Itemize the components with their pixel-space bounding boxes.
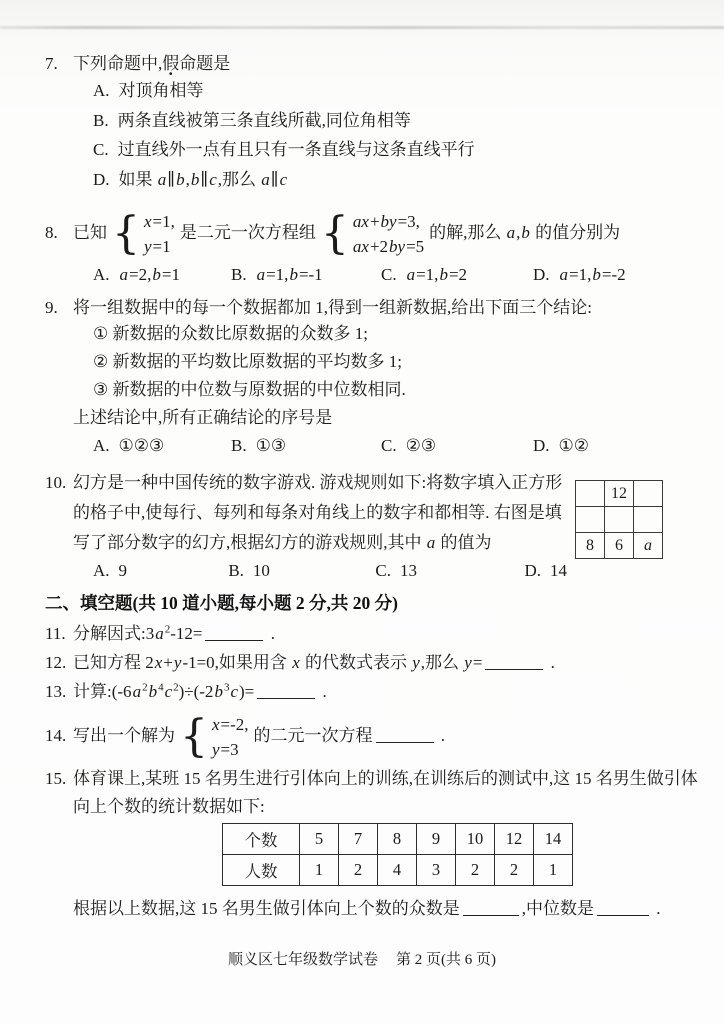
question-11: 11. 分解因式:3a2-12= .: [45, 621, 699, 647]
table-cell: 7: [339, 824, 378, 855]
math-var: ax: [352, 212, 370, 231]
exam-page-scan: 7. 下列命题中,假命题是 A.对顶角相等 B.两条直线被第三条直线所截,同位角…: [0, 0, 724, 1024]
text-segment: =-1: [299, 265, 323, 284]
equation-system: ax+by=3,ax+2by=5: [321, 208, 424, 260]
equation-line: ax+2by=5: [352, 234, 424, 259]
question-14: 14. 写出一个解为x=-2,y=3的二元一次方程 .: [45, 709, 699, 763]
text-segment: 对顶角相等: [119, 81, 204, 100]
text-segment: =1,: [569, 265, 591, 284]
option-label: C.: [93, 140, 109, 159]
q10-options: A.9 B.10 C.13 D.14: [73, 558, 567, 584]
table-cell: 2: [339, 855, 378, 886]
equation-system-lines: x=1,y=1: [143, 209, 175, 259]
text-segment: 两条直线被第三条直线所截,同位角相等: [118, 111, 411, 130]
option-d: D.如果 a∥b,b∥c,那么 a∥c: [73, 165, 699, 195]
equation-line: x=-2,: [211, 712, 249, 737]
text-segment: ①②: [559, 436, 589, 455]
equation-line: y=3: [211, 737, 249, 762]
question-number: 13.: [45, 678, 73, 706]
text-segment: 写出一个解为: [73, 726, 175, 745]
table-cell: 5: [300, 824, 339, 855]
magic-square-row: 12: [576, 481, 663, 507]
question-stem: 下列命题中,假命题是: [73, 52, 699, 76]
table-cell: 3: [417, 855, 456, 886]
grid-cell: [576, 481, 605, 507]
text-segment: ② 新数据的平均数比原数据的平均数多 1;: [93, 352, 402, 371]
table-cell: 10: [456, 824, 495, 855]
equation-system: x=1,y=1: [112, 208, 175, 260]
table-cell: 4: [378, 855, 417, 886]
option-a: A.9: [93, 558, 228, 584]
question-number: 11.: [45, 621, 73, 647]
magic-square-grid: 12 8 6 a: [575, 480, 663, 559]
grid-cell: 12: [605, 481, 634, 507]
emphasized-char: 假: [162, 54, 179, 73]
equation-line: ax+by=3,: [352, 209, 424, 234]
table-cell: 9: [417, 824, 456, 855]
option-a: A.对顶角相等: [73, 76, 699, 106]
q7-options: A.对顶角相等 B.两条直线被第三条直线所截,同位角相等 C.过直线外一点有且只…: [73, 76, 699, 194]
text-segment: =-2,: [221, 715, 249, 734]
text-segment: =1: [153, 237, 171, 256]
question-7: 7. 下列命题中,假命题是 A.对顶角相等 B.两条直线被第三条直线所截,同位角…: [45, 52, 699, 194]
text-segment: 14: [550, 561, 567, 580]
answer-blank: [485, 654, 543, 670]
table-cell: 2: [456, 855, 495, 886]
math-var: a: [119, 265, 130, 284]
math-var: c: [279, 170, 289, 189]
table-cell: 2: [495, 855, 534, 886]
text-segment: 的代数式表示: [301, 653, 412, 672]
question-body: 12 8 6 a: [73, 468, 699, 584]
q8-options: A.a=2,b=1 B.a=1,b=-1 C.a=1,b=2 D.a=1,b=-…: [73, 262, 699, 287]
magic-square-row: [576, 507, 663, 533]
footer-page-number: 第 2 页(共 6 页): [396, 952, 496, 968]
text-segment: 的解,那么: [429, 223, 506, 242]
text-segment: )=: [239, 682, 254, 701]
text-segment: 已知: [73, 223, 107, 242]
text-segment: +2: [370, 237, 388, 256]
text-segment: -12=: [170, 624, 202, 643]
option-c: C.a=1,b=2: [381, 262, 533, 287]
text-segment: =1,: [266, 265, 288, 284]
math-var: a: [406, 265, 417, 284]
table-cell: 1: [534, 855, 573, 886]
option-label: D.: [533, 265, 550, 284]
equation-system: x=-2,y=3: [180, 711, 249, 763]
option-d: D.14: [524, 558, 567, 584]
footer-exam-title: 顺义区七年级数学试卷: [228, 952, 378, 968]
text-segment: 9: [119, 561, 128, 580]
question-number: 8.: [45, 206, 73, 260]
text-segment: =3: [221, 740, 239, 759]
text-segment: 下列命题中,: [73, 54, 162, 73]
text-segment: 如果: [119, 170, 157, 189]
question-15: 15. 体育课上,某班 15 名男生进行引体向上的训练,在训练后的测试中,这 1…: [45, 765, 699, 922]
statement-1: ① 新数据的众数比原数据的众数多 1;: [73, 320, 699, 348]
question-number: 15.: [45, 765, 73, 793]
math-var: by: [380, 212, 398, 231]
grid-cell: [576, 507, 605, 533]
text-segment: 6: [615, 537, 623, 554]
math-var: y: [211, 740, 221, 759]
q9-options: A.①②③ B.①③ C.②③ D.①②: [73, 432, 699, 460]
page-footer: 顺义区七年级数学试卷第 2 页(共 6 页): [0, 948, 724, 969]
scan-artifact-line: [0, 26, 724, 29]
option-label: D.: [524, 561, 541, 580]
text-segment: 是二元一次方程组: [180, 223, 316, 242]
text-segment: ①③: [256, 436, 286, 455]
option-a: A.a=2,b=1: [93, 262, 231, 287]
math-var: b: [190, 170, 201, 189]
math-var: b: [151, 265, 162, 284]
math-var: x: [143, 212, 153, 231]
grid-cell: [605, 507, 634, 533]
math-var: b: [591, 265, 602, 284]
exponent: 2: [142, 681, 148, 693]
math-var: a: [260, 170, 271, 189]
pullups-stats-table: 个数 5 7 8 9 10 12 14 人数 1 2: [222, 823, 573, 886]
text-segment: ① 新数据的众数比原数据的众数多 1;: [93, 324, 368, 343]
grid-cell: 6: [605, 533, 634, 559]
question-stem: 已知x=1,y=1是二元一次方程组ax+by=3,ax+2by=5的解,那么 a…: [73, 206, 699, 260]
text-segment: ,中位数是: [522, 899, 594, 918]
math-var: b: [148, 682, 159, 701]
math-var: a: [559, 265, 570, 284]
text-segment: 的值为: [436, 533, 491, 552]
text-segment: 10: [253, 561, 270, 580]
option-b: B.10: [228, 558, 375, 584]
question-number: 12.: [45, 650, 73, 676]
table-cell: 1: [300, 855, 339, 886]
math-var: y: [143, 237, 153, 256]
text-segment: 体育课上,某班 15 名男生进行引体向上的训练,在训练后的测试中,这 15 名男…: [73, 769, 698, 816]
question-body: 将一组数据中的每一个数据都加 1,得到一组新数据,给出下面三个结论: ① 新数据…: [73, 296, 699, 460]
text-segment: =1: [162, 265, 180, 284]
option-label: C.: [375, 561, 391, 580]
table-row-people: 人数 1 2 4 3 2 2 1: [223, 855, 573, 886]
question-body: 分解因式:3a2-12= .: [73, 621, 699, 647]
math-var: a: [154, 624, 165, 643]
option-label: C.: [381, 265, 397, 284]
text-segment: .: [652, 899, 661, 918]
option-label: B.: [228, 561, 244, 580]
math-var: x: [211, 715, 221, 734]
equation-line: x=1,: [143, 209, 175, 234]
math-var: x: [154, 653, 164, 672]
math-var: b: [175, 170, 186, 189]
text-segment: 13: [400, 561, 417, 580]
question-9: 9. 将一组数据中的每一个数据都加 1,得到一组新数据,给出下面三个结论: ① …: [45, 296, 699, 460]
math-var: a: [256, 265, 267, 284]
table-header-cell: 个数: [223, 824, 300, 855]
table-header-cell: 人数: [223, 855, 300, 886]
math-var: a: [132, 682, 143, 701]
text-segment: 的值分别为: [531, 223, 620, 242]
answer-blank: [257, 683, 315, 699]
equation-system-lines: ax+by=3,ax+2by=5: [352, 209, 424, 259]
math-var: b: [438, 265, 449, 284]
text-segment: 分解因式:3: [73, 624, 154, 643]
question-10: 10. 12: [45, 468, 699, 584]
text-segment: ∥: [167, 170, 175, 189]
text-segment: -2: [199, 682, 213, 701]
option-b: B.a=1,b=-1: [231, 262, 381, 287]
math-var: a: [643, 537, 653, 554]
exam-content: 7. 下列命题中,假命题是 A.对顶角相等 B.两条直线被第三条直线所截,同位角…: [45, 52, 699, 922]
text-segment: ③ 新数据的中位数与原数据的中位数相同.: [93, 380, 406, 399]
text-segment: -1=0,如果用含: [182, 653, 291, 672]
grid-cell: a: [634, 533, 663, 559]
math-var: a: [506, 223, 517, 242]
answer-blank: [376, 727, 434, 743]
text-segment: 将一组数据中的每一个数据都加 1,得到一组新数据,给出下面三个结论:: [73, 298, 592, 317]
option-label: D.: [533, 436, 550, 455]
text-segment: ∥: [271, 170, 279, 189]
option-d: D.①②: [533, 432, 699, 460]
math-var: b: [213, 682, 224, 701]
text-segment: ②③: [406, 436, 436, 455]
answer-blank: [463, 900, 519, 916]
text-segment: =2: [449, 265, 467, 284]
question-number: 7.: [45, 52, 73, 76]
option-d: D.a=1,b=-2: [533, 262, 699, 287]
text-segment: .: [266, 624, 275, 643]
math-var: c: [208, 170, 218, 189]
text-segment: 计算:(: [73, 682, 117, 701]
math-var: ax: [352, 237, 370, 256]
text-segment: +: [163, 653, 173, 672]
question-conclusion: 上述结论中,所有正确结论的序号是: [73, 404, 699, 432]
text-segment: 的二元一次方程: [254, 726, 373, 745]
table-cell: 8: [378, 824, 417, 855]
math-var: c: [164, 682, 174, 701]
math-var: a: [157, 170, 168, 189]
text-segment: .: [437, 726, 446, 745]
section-2-header: 二、填空题(共 10 道小题,每小题 2 分,共 20 分): [45, 591, 699, 615]
text-segment: =5: [406, 237, 424, 256]
math-var: c: [229, 682, 239, 701]
math-var: b: [520, 223, 531, 242]
answer-blank: [205, 625, 263, 641]
table-cell: 14: [534, 824, 573, 855]
option-c: C.②③: [381, 432, 533, 460]
question-12: 12. 已知方程 2x+y-1=0,如果用含 x 的代数式表示 y,那么 y= …: [45, 650, 699, 676]
question-body: 体育课上,某班 15 名男生进行引体向上的训练,在训练后的测试中,这 15 名男…: [73, 765, 699, 922]
text-segment: 已知方程 2: [73, 653, 154, 672]
option-label: A.: [93, 436, 110, 455]
option-c: C.过直线外一点有且只有一条直线与这条直线平行: [73, 135, 699, 165]
text-segment: )÷(: [179, 682, 200, 701]
math-var: by: [388, 237, 406, 256]
table-row-counts: 个数 5 7 8 9 10 12 14: [223, 824, 573, 855]
mode-median-line: 根据以上数据,这 15 名男生做引体向上个数的众数是,中位数是 .: [73, 896, 699, 922]
question-stem: 写出一个解为x=-2,y=3的二元一次方程 .: [73, 709, 699, 763]
math-var: x: [291, 653, 301, 672]
answer-blank: [597, 900, 649, 916]
option-b: B.两条直线被第三条直线所截,同位角相等: [73, 106, 699, 136]
text-segment: ①②③: [119, 436, 165, 455]
question-number: 10.: [45, 468, 73, 498]
text-segment: 上述结论中,所有正确结论的序号是: [73, 408, 332, 427]
text-segment: =2,: [129, 265, 151, 284]
math-var: a: [426, 533, 437, 552]
text-segment: 8: [586, 537, 594, 554]
option-label: D.: [93, 170, 110, 189]
text-segment: 过直线外一点有且只有一条直线与这条直线平行: [118, 140, 475, 159]
text-segment: -6: [117, 682, 131, 701]
option-label: B.: [231, 436, 247, 455]
magic-square-row: 8 6 a: [576, 533, 663, 559]
option-b: B.①③: [231, 432, 381, 460]
equation-line: y=1: [143, 234, 175, 259]
text-segment: ,那么: [421, 653, 464, 672]
option-label: A.: [93, 81, 110, 100]
question-body: 已知方程 2x+y-1=0,如果用含 x 的代数式表示 y,那么 y= .: [73, 650, 699, 676]
math-var: y: [463, 653, 473, 672]
text-segment: .: [546, 653, 555, 672]
option-label: A.: [93, 265, 110, 284]
text-segment: =-2: [602, 265, 626, 284]
statement-2: ② 新数据的平均数比原数据的平均数多 1;: [73, 348, 699, 376]
statement-3: ③ 新数据的中位数与原数据的中位数相同.: [73, 376, 699, 404]
option-label: A.: [93, 561, 110, 580]
text-segment: =1,: [416, 265, 438, 284]
option-a: A.①②③: [93, 432, 231, 460]
text-segment: +: [370, 212, 380, 231]
question-stem: 体育课上,某班 15 名男生进行引体向上的训练,在训练后的测试中,这 15 名男…: [73, 765, 699, 821]
text-segment: .: [318, 682, 327, 701]
question-number: 14.: [45, 709, 73, 763]
option-c: C.13: [375, 558, 524, 584]
question-stem: 将一组数据中的每一个数据都加 1,得到一组新数据,给出下面三个结论:: [73, 296, 699, 320]
table-cell: 12: [495, 824, 534, 855]
text-segment: 根据以上数据,这 15 名男生做引体向上个数的众数是: [73, 899, 460, 918]
text-segment: =1,: [153, 212, 175, 231]
question-13: 13. 计算:(-6a2b4c2)÷(-2b3c)= .: [45, 678, 699, 706]
text-segment: 命题是: [179, 54, 230, 73]
text-segment: =: [473, 653, 483, 672]
text-segment: =3,: [398, 212, 420, 231]
math-var: y: [173, 653, 183, 672]
grid-cell: [634, 481, 663, 507]
option-label: B.: [93, 111, 109, 130]
option-label: B.: [231, 265, 247, 284]
question-number: 9.: [45, 296, 73, 320]
question-body: 计算:(-6a2b4c2)÷(-2b3c)= .: [73, 678, 699, 706]
option-label: C.: [381, 436, 397, 455]
equation-system-lines: x=-2,y=3: [211, 712, 249, 762]
question-body: 下列命题中,假命题是 A.对顶角相等 B.两条直线被第三条直线所截,同位角相等 …: [73, 52, 699, 194]
grid-cell: 8: [576, 533, 605, 559]
question-8: 8. 已知x=1,y=1是二元一次方程组ax+by=3,ax+2by=5的解,那…: [45, 206, 699, 287]
question-body: 写出一个解为x=-2,y=3的二元一次方程 .: [73, 709, 699, 763]
math-var: y: [411, 653, 421, 672]
grid-cell: [634, 507, 663, 533]
exponent: 4: [158, 681, 164, 693]
question-body: 已知x=1,y=1是二元一次方程组ax+by=3,ax+2by=5的解,那么 a…: [73, 206, 699, 287]
math-var: b: [288, 265, 299, 284]
text-segment: ,那么: [218, 170, 261, 189]
text-segment: 12: [611, 485, 627, 502]
